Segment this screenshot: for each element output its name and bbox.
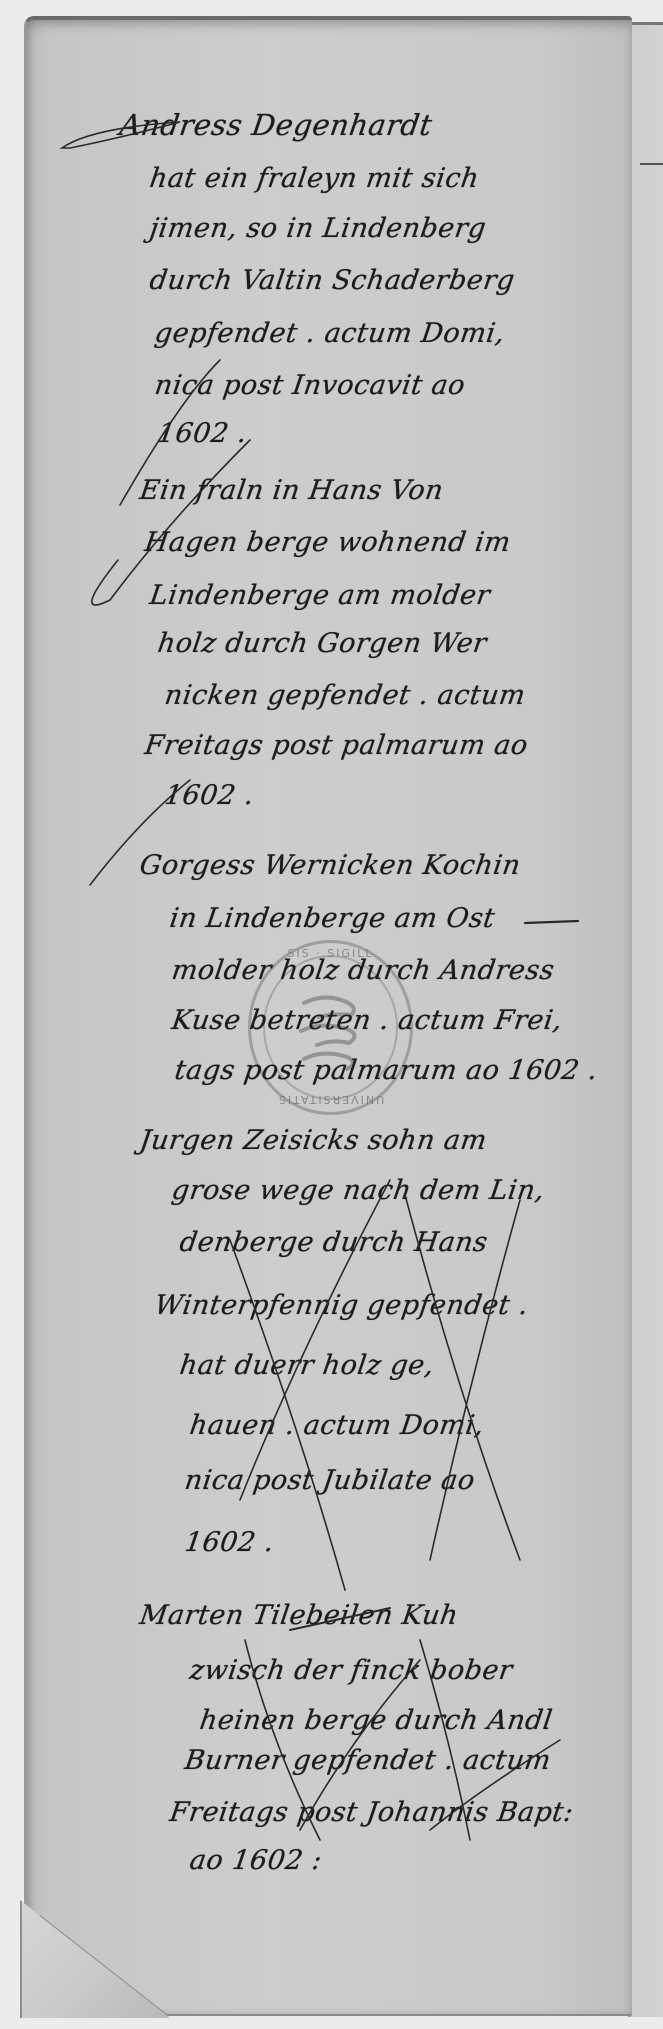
entry-line: hauen . actum Domi, [188, 1410, 486, 1441]
entry-line: 1602 . [163, 780, 256, 811]
entry-line: heinen berge durch Andl [198, 1705, 555, 1736]
entry-line: tags post palmarum ao 1602 . [173, 1055, 600, 1086]
entry-line: Andress Degenhardt [118, 108, 435, 142]
entry-line: nica post Invocavit ao [153, 370, 467, 401]
entry-line: jimen, so in Lindenberg [148, 213, 488, 244]
entry-line: Winterpfennig gepfendet . [153, 1290, 531, 1321]
entry-line: Gorgess Wernicken Kochin [138, 850, 523, 881]
entry-line: Hagen berge wohnend im [143, 527, 513, 558]
entry-line: grose wege nach dem Lin, [170, 1175, 547, 1206]
entry-line: Jurgen Zeisicks sohn am [138, 1125, 489, 1156]
entry-line: Kuse betreten . actum Frei, [170, 1005, 565, 1036]
entry-line: denberge durch Hans [178, 1227, 490, 1258]
entry-line: 1602 . [183, 1527, 276, 1558]
entry-line: gepfendet . actum Domi, [153, 318, 507, 349]
manuscript-text: Andress Degenhardt hat ein fraleyn mit s… [0, 0, 663, 2029]
entry-line: Burner gepfendet . actum [183, 1745, 553, 1776]
entry-line: hat ein fraleyn mit sich [148, 163, 481, 194]
entry-line: hat duerr holz ge, [178, 1350, 436, 1381]
entry-line: Marten Tilebeilen Kuh [138, 1600, 460, 1631]
entry-line: zwisch der finck bober [188, 1655, 515, 1686]
entry-line: Ein fraln in Hans Von [138, 475, 446, 506]
entry-line: Freitags post Johannis Bapt: [168, 1797, 576, 1828]
entry-line: in Lindenberge am Ost [168, 903, 497, 934]
entry-line: nicken gepfendet . actum [163, 680, 528, 711]
entry-line: holz durch Gorgen Wer [156, 628, 489, 659]
entry-line: ao 1602 : [188, 1845, 324, 1876]
entry-line: molder holz durch Andress [170, 955, 557, 986]
entry-line: Lindenberge am molder [148, 580, 492, 611]
entry-line: Freitags post palmarum ao [143, 730, 530, 761]
entry-line: durch Valtin Schaderberg [148, 265, 517, 296]
entry-line: 1602 . [156, 418, 249, 449]
entry-line: nica post Jubilate ao [183, 1465, 477, 1496]
